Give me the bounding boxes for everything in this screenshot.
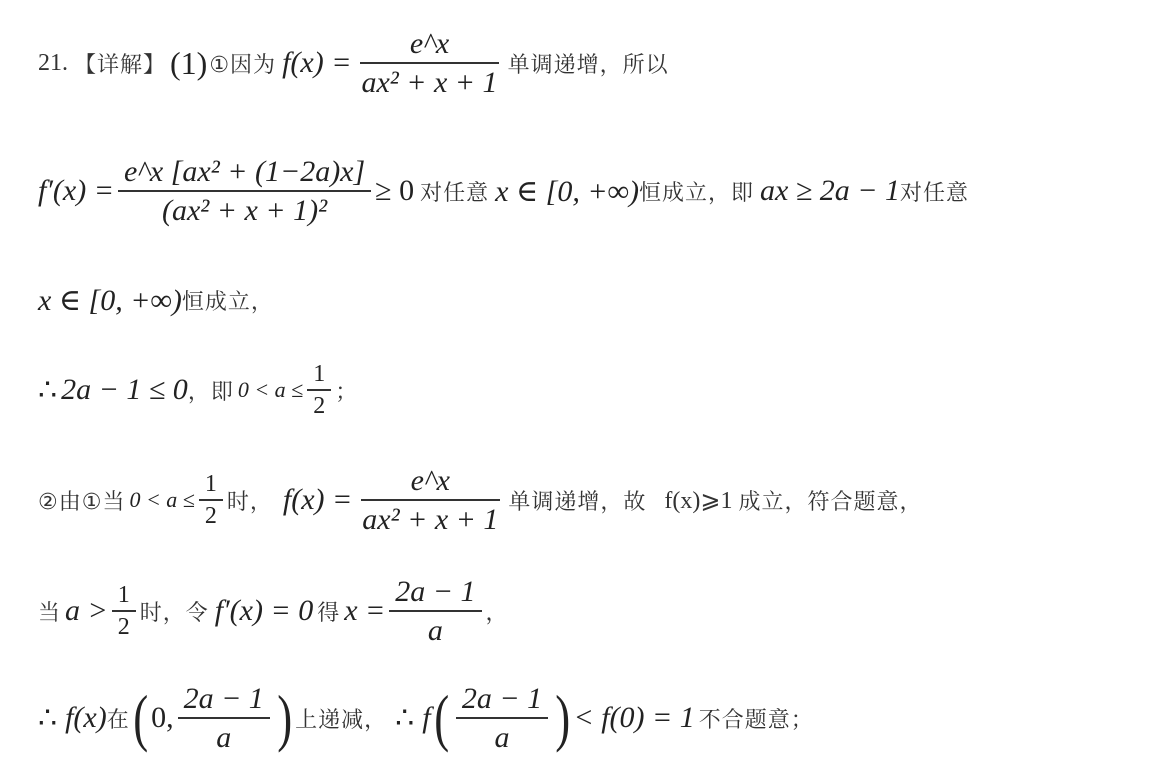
step-2-label: ②由①当 <box>38 485 125 516</box>
function-lhs: f(x) = <box>282 46 351 80</box>
text-holds: 成立，符合题意， <box>739 485 923 516</box>
text-get: 得 <box>317 596 340 627</box>
derivative-zero: f′(x) = 0 <box>215 594 313 628</box>
line-5: ②由①当 0 < a ≤ 1 2 时， f(x) = e^x ax² + x +… <box>38 455 923 545</box>
fraction-numerator: 1 <box>199 471 223 501</box>
range-left: 0 < a ≤ <box>238 377 303 403</box>
semicolon: ； <box>335 375 358 406</box>
line-7: ∴ f(x) 在 ( 0, 2a − 1 a ) 上递减， ∴ f ( 2a −… <box>38 672 814 764</box>
text-when-2: 当 <box>38 596 61 627</box>
line-1-tail: 单调递增，所以 <box>508 48 669 79</box>
interval-denominator: a <box>210 719 237 754</box>
derivative-lhs: f′(x) = <box>38 174 114 208</box>
text-for-any-2: 对任意 <box>900 176 969 207</box>
line-1: 21. 【详解】 (1) ①因为 f(x) = e^x ax² + x + 1 … <box>38 18 669 108</box>
line-2: f′(x) = e^x [ax² + (1−2a)x] (ax² + x + 1… <box>38 136 969 246</box>
fraction-denominator: 2 <box>112 612 136 640</box>
half-fraction: 1 2 <box>307 361 331 420</box>
comma: ， <box>486 596 509 627</box>
numerator: e^x <box>360 27 499 64</box>
text-always-holds: 恒成立，即 <box>639 176 754 207</box>
range-left-2: 0 < a ≤ <box>129 487 194 513</box>
denominator: ax² + x + 1 <box>355 64 503 99</box>
numerator: e^x <box>361 464 500 501</box>
condition-a: a > <box>65 594 108 628</box>
half-fraction-2: 1 2 <box>199 471 223 530</box>
line-3: x ∈ [0, +∞) 恒成立， <box>38 270 274 330</box>
half-fraction-3: 1 2 <box>112 582 136 641</box>
text-when: 时， <box>227 485 273 516</box>
text-let: 时，令 <box>140 596 209 627</box>
text-increasing: 单调递增，故 <box>508 485 646 516</box>
problem-number: 21. <box>38 50 68 77</box>
function-fraction-2: e^x ax² + x + 1 <box>356 464 504 536</box>
therefore-symbol-2: ∴ <box>38 701 57 736</box>
inequality-expression: 2a − 1 ≤ 0 <box>61 373 188 407</box>
function-fraction: e^x ax² + x + 1 <box>355 27 503 99</box>
text-decreasing: 上递减， <box>295 703 387 734</box>
text-on: 在 <box>107 703 130 734</box>
text-always-holds-2: 恒成立， <box>182 285 274 316</box>
derivative-fraction: e^x [ax² + (1−2a)x] (ax² + x + 1)² <box>118 155 371 227</box>
argument-fraction: 2a − 1 a <box>456 682 548 754</box>
claim-expression: f(x)⩾1 <box>664 486 732 515</box>
text-for-any: 对任意 <box>420 176 489 207</box>
interval-fraction: 2a − 1 a <box>178 682 270 754</box>
text-that-is: ，即 <box>188 375 234 406</box>
domain-expression: x ∈ [0, +∞) <box>495 174 639 209</box>
function-lhs-2: f(x) = <box>283 483 352 517</box>
line-4: ∴ 2a − 1 ≤ 0 ，即 0 < a ≤ 1 2 ； <box>38 350 358 430</box>
root-numerator: 2a − 1 <box>389 575 481 612</box>
heading-label: 【详解】 <box>74 48 166 79</box>
line-6: 当 a > 1 2 时，令 f′(x) = 0 得 x = 2a − 1 a ， <box>38 568 509 654</box>
function-fx: f(x) <box>65 701 107 735</box>
step-1-label: ①因为 <box>209 48 276 79</box>
fraction-denominator: 2 <box>307 391 331 419</box>
condition-expression: ax ≥ 2a − 1 <box>760 174 900 208</box>
denominator: ax² + x + 1 <box>356 501 504 536</box>
right-paren-2: ) <box>555 686 570 750</box>
interval-left: 0, <box>151 701 174 735</box>
derivative-numerator: e^x [ax² + (1−2a)x] <box>118 155 371 192</box>
text-not-valid: 不合题意； <box>699 703 814 734</box>
fraction-numerator: 1 <box>112 582 136 612</box>
domain-expression-2: x ∈ [0, +∞) <box>38 283 182 318</box>
root-denominator: a <box>422 612 449 647</box>
fraction-numerator: 1 <box>307 361 331 391</box>
x-equals: x = <box>344 594 385 628</box>
therefore-symbol: ∴ <box>38 373 57 408</box>
inequality: ≥ 0 <box>375 174 414 208</box>
derivative-denominator: (ax² + x + 1)² <box>156 192 333 227</box>
root-fraction: 2a − 1 a <box>389 575 481 647</box>
function-f: f <box>422 701 430 735</box>
argument-denominator: a <box>489 719 516 754</box>
left-paren: ( <box>133 686 148 750</box>
left-paren-2: ( <box>434 686 449 750</box>
right-paren: ) <box>277 686 292 750</box>
interval-numerator: 2a − 1 <box>178 682 270 719</box>
therefore-symbol-3: ∴ <box>395 701 414 736</box>
fraction-denominator: 2 <box>199 501 223 529</box>
comparison: < f(0) = 1 <box>573 701 694 735</box>
part-label: (1) <box>170 45 207 82</box>
argument-numerator: 2a − 1 <box>456 682 548 719</box>
